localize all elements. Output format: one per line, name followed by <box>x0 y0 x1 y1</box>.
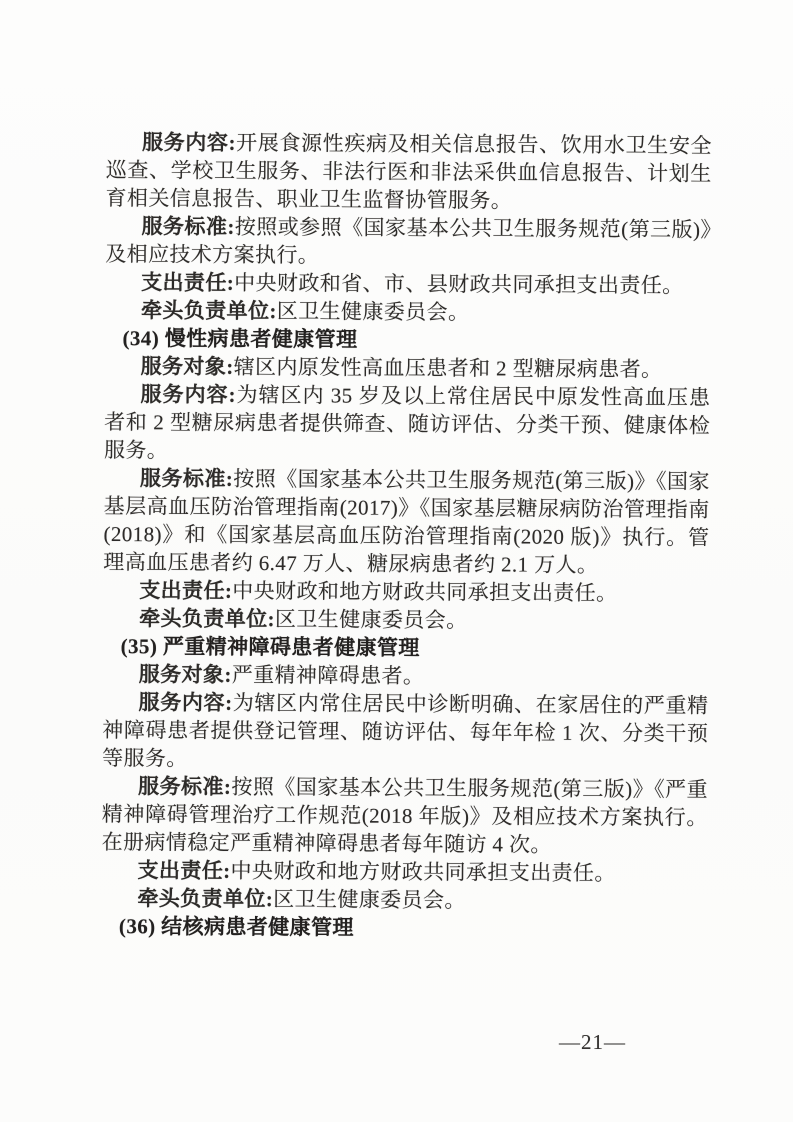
paragraph: 支出责任:中央财政和地方财政共同承担支出责任。 <box>101 856 707 888</box>
paragraph: 服务对象:辖区内原发性高血压患者和 2 型糖尿病患者。 <box>104 352 710 384</box>
paragraph: 服务标准:按照《国家基本公共卫生服务规范(第三版)》《国家基层高血压防治管理指南… <box>103 464 710 580</box>
paragraph: 服务内容:为辖区内常住居民中诊断明确、在家居住的严重精神障碍患者提供登记管理、随… <box>102 688 709 776</box>
paragraph-text: 中央财政和地方财政共同承担支出责任。 <box>232 579 617 605</box>
paragraph-label: 牵头负责单位: <box>137 886 273 911</box>
paragraph-label: 支出责任: <box>138 858 231 883</box>
paragraph: 牵头负责单位:区卫生健康委员会。 <box>103 604 709 636</box>
document-body: 服务内容:开展食源性疾病及相关信息报告、饮用水卫生安全巡查、学校卫生服务、非法行… <box>101 128 712 944</box>
paragraph-label: 牵头负责单位: <box>141 298 277 323</box>
paragraph-text: 区卫生健康委员会。 <box>277 299 470 324</box>
paragraph: 牵头负责单位:区卫生健康委员会。 <box>101 884 707 916</box>
paragraph-label: 支出责任: <box>141 270 234 295</box>
paragraph-text: 辖区内原发性高血压患者和 2 型糖尿病患者。 <box>234 355 663 382</box>
paragraph-label: 服务内容: <box>142 130 236 155</box>
paragraph: 服务标准:按照《国家基本公共卫生服务规范(第三版)》《严重精神障碍管理治疗工作规… <box>102 772 709 860</box>
paragraph-label: 服务内容: <box>139 690 233 715</box>
paragraph: 服务内容:开展食源性疾病及相关信息报告、饮用水卫生安全巡查、学校卫生服务、非法行… <box>105 128 712 216</box>
paragraph-text: 区卫生健康委员会。 <box>275 607 468 632</box>
paragraph: 服务标准:按照或参照《国家基本公共卫生服务规范(第三版)》及相应技术方案执行。 <box>105 212 711 272</box>
paragraph-label: 支出责任: <box>139 578 232 603</box>
paragraph: 支出责任:中央财政和省、市、县财政共同承担支出责任。 <box>105 268 711 300</box>
paragraph-label: 服务标准: <box>140 466 233 491</box>
paragraph: 服务内容:为辖区内 35 岁及以上常住居民中原发性高血压患者和 2 型糖尿病患者… <box>104 380 711 468</box>
paragraph-label: 服务对象: <box>139 662 232 687</box>
paragraph-text: 区卫生健康委员会。 <box>273 887 466 912</box>
paragraph-label: 服务内容: <box>140 382 236 407</box>
scanned-page-sheet: 服务内容:开展食源性疾病及相关信息报告、饮用水卫生安全巡查、学校卫生服务、非法行… <box>0 0 793 1122</box>
paragraph-label: 服务标准: <box>138 774 231 799</box>
section-heading: (34) 慢性病患者健康管理 <box>105 324 711 356</box>
paragraph: 牵头负责单位:区卫生健康委员会。 <box>105 296 711 328</box>
section-heading: (36) 结核病患者健康管理 <box>101 912 707 944</box>
paragraph: 支出责任:中央财政和地方财政共同承担支出责任。 <box>103 576 709 608</box>
paragraph-text: 中央财政和地方财政共同承担支出责任。 <box>231 859 616 885</box>
paragraph-label: 服务对象: <box>141 354 234 379</box>
section-heading: (35) 严重精神障碍患者健康管理 <box>103 632 709 664</box>
page-number: —21— <box>559 1030 626 1055</box>
paragraph-label: 服务标准: <box>141 214 234 239</box>
paragraph-text: 严重精神障碍患者。 <box>232 663 425 688</box>
paragraph: 服务对象:严重精神障碍患者。 <box>103 660 709 692</box>
paragraph-text: 中央财政和省、市、县财政共同承担支出责任。 <box>234 271 684 298</box>
paragraph-label: 牵头负责单位: <box>139 606 275 631</box>
